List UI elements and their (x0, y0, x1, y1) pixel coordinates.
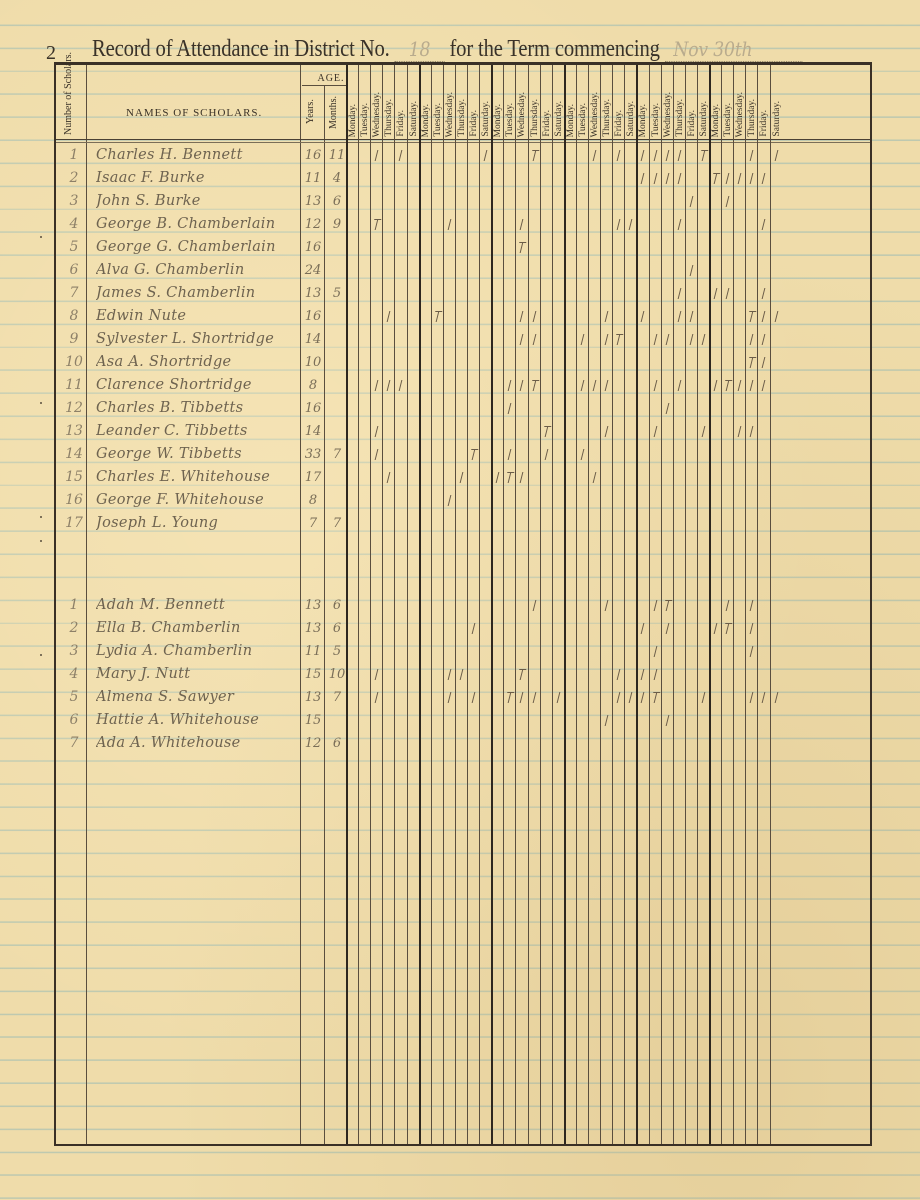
day-label: Tuesday. (723, 103, 733, 137)
age-months: 10 (326, 667, 348, 682)
day-label: Saturday. (481, 101, 491, 137)
day-label: Friday. (687, 110, 697, 137)
day-label: Thursday. (530, 99, 540, 137)
age-years: 24 (302, 263, 324, 278)
age-years: 15 (302, 667, 324, 682)
day-label: Thursday. (457, 99, 467, 137)
scholar-number: 11 (62, 377, 86, 393)
day-label: Friday. (396, 110, 406, 137)
age-years: 14 (302, 332, 324, 347)
scholar-number: 8 (62, 308, 86, 324)
scholar-name: Adah M. Bennett (96, 597, 304, 613)
scholar-number: 5 (62, 239, 86, 255)
age-months: 6 (326, 194, 348, 209)
age-months: 6 (326, 598, 348, 613)
age-years: 8 (302, 378, 324, 393)
scholar-number: 14 (62, 446, 86, 462)
scholar-number: 13 (62, 423, 86, 439)
number-of-scholars-label: Number of Scholars. (63, 52, 74, 135)
scholar-number: 16 (62, 492, 86, 508)
scholar-name: Alva G. Chamberlin (96, 262, 304, 278)
scholar-name: Clarence Shortridge (96, 377, 304, 393)
day-label: Friday. (542, 110, 552, 137)
day-label: Saturday. (699, 101, 709, 137)
day-header-week6-saturday: Saturday. (771, 75, 783, 137)
months-label: Months. (328, 95, 339, 128)
age-months: 7 (326, 690, 348, 705)
age-years: 33 (302, 447, 324, 462)
age-years: 16 (302, 240, 324, 255)
scholar-name: Hattie A. Whitehouse (96, 712, 304, 728)
day-label: Wednesday. (663, 92, 673, 137)
attendance-table: Number of Scholars. NAMES OF SCHOLARS. A… (54, 62, 872, 1146)
day-label: Friday. (614, 110, 624, 137)
header-bottom-rule-2 (56, 142, 870, 143)
age-years: 13 (302, 690, 324, 705)
title-middle: for the Term commencing (449, 36, 659, 62)
day-label: Thursday. (675, 99, 685, 137)
table-row: 7James S. Chamberlin135 (56, 283, 870, 305)
scholar-name: Charles B. Tibbetts (96, 400, 304, 416)
day-label: Saturday. (626, 101, 636, 137)
age-months: 6 (326, 736, 348, 751)
day-label: Friday. (759, 110, 769, 137)
day-label: Monday. (348, 104, 358, 137)
table-row: 11Clarence Shortridge8 (56, 375, 870, 397)
margin-dot (40, 540, 42, 542)
scholar-name: Almena S. Sawyer (96, 689, 304, 705)
years-label: Years. (305, 100, 316, 125)
age-years: 12 (302, 736, 324, 751)
day-label: Tuesday. (360, 103, 370, 137)
scholar-name: John S. Burke (96, 193, 304, 209)
age-months: 7 (326, 516, 348, 531)
scholar-number: 1 (62, 147, 86, 163)
day-label: Monday. (421, 104, 431, 137)
day-label: Monday. (638, 104, 648, 137)
day-label: Saturday. (772, 101, 782, 137)
scholar-number: 12 (62, 400, 86, 416)
day-label: Saturday. (554, 101, 564, 137)
scholar-number: 4 (62, 666, 86, 682)
age-years: 12 (302, 217, 324, 232)
margin-dot (40, 654, 42, 656)
table-row: 6Hattie A. Whitehouse15 (56, 710, 870, 732)
title-prefix: Record of Attendance in District No. (92, 36, 390, 62)
age-years: 13 (302, 194, 324, 209)
scholar-number: 1 (62, 597, 86, 613)
table-row: 10Asa A. Shortridge10 (56, 352, 870, 374)
age-years: 13 (302, 621, 324, 636)
age-months: 11 (326, 148, 348, 163)
scholar-number: 3 (62, 643, 86, 659)
day-label: Thursday. (747, 99, 757, 137)
table-row: 4George B. Chamberlain129 (56, 214, 870, 236)
table-row: 16George F. Whitehouse8 (56, 490, 870, 512)
scholar-name: Asa A. Shortridge (96, 354, 304, 370)
scholar-name: Charles E. Whitehouse (96, 469, 304, 485)
day-label: Monday. (711, 104, 721, 137)
age-years: 11 (302, 171, 324, 186)
table-row: 7Ada A. Whitehouse126 (56, 733, 870, 755)
age-years: 13 (302, 286, 324, 301)
months-header: Months. (329, 89, 343, 135)
names-of-scholars-header: NAMES OF SCHOLARS. (126, 107, 262, 119)
day-label: Tuesday. (505, 103, 515, 137)
table-row: 4Mary J. Nutt1510 (56, 664, 870, 686)
table-row: 8Edwin Nute16 (56, 306, 870, 328)
table-row: 1Adah M. Bennett136 (56, 595, 870, 617)
table-row: 5George G. Chamberlain16 (56, 237, 870, 259)
scholar-number: 6 (62, 712, 86, 728)
scholar-name: George B. Chamberlain (96, 216, 304, 232)
margin-dot (40, 402, 42, 404)
table-row: 9Sylvester L. Shortridge14 (56, 329, 870, 351)
age-underline (302, 85, 346, 86)
day-label: Saturday. (409, 101, 419, 137)
table-row: 1Charles H. Bennett1611 (56, 145, 870, 167)
scholar-name: Lydia A. Chamberlin (96, 643, 304, 659)
day-label: Monday. (493, 104, 503, 137)
day-label: Wednesday. (735, 92, 745, 137)
scholar-name: James S. Chamberlin (96, 285, 304, 301)
table-row: 15Charles E. Whitehouse17 (56, 467, 870, 489)
number-of-scholars-header: Number of Scholars. (64, 77, 84, 135)
age-years: 11 (302, 644, 324, 659)
scholar-number: 9 (62, 331, 86, 347)
age-months: 7 (326, 447, 348, 462)
scholar-name: Ella B. Chamberlin (96, 620, 304, 636)
age-years: 14 (302, 424, 324, 439)
scholar-name: Isaac F. Burke (96, 170, 304, 186)
day-label: Wednesday. (590, 92, 600, 137)
scholar-number: 17 (62, 515, 86, 531)
day-label: Thursday. (602, 99, 612, 137)
age-months: 5 (326, 644, 348, 659)
scholar-name: Edwin Nute (96, 308, 304, 324)
age-months: 9 (326, 217, 348, 232)
age-years: 15 (302, 713, 324, 728)
table-row: 17Joseph L. Young77 (56, 513, 870, 535)
day-label: Tuesday. (578, 103, 588, 137)
scholar-number: 10 (62, 354, 86, 370)
age-years: 16 (302, 309, 324, 324)
scholar-number: 15 (62, 469, 86, 485)
scholar-number: 2 (62, 170, 86, 186)
day-label: Wednesday. (372, 92, 382, 137)
scholar-number: 2 (62, 620, 86, 636)
scholar-name: Ada A. Whitehouse (96, 735, 304, 751)
age-years: 8 (302, 493, 324, 508)
age-years: 10 (302, 355, 324, 370)
years-header: Years. (306, 89, 320, 135)
district-number-field: 18 (395, 37, 445, 62)
header-bottom-rule (56, 139, 870, 140)
scholar-number: 4 (62, 216, 86, 232)
margin-dot (40, 236, 42, 238)
table-row: 2Ella B. Chamberlin136 (56, 618, 870, 640)
scholar-name: Charles H. Bennett (96, 147, 304, 163)
age-months: 5 (326, 286, 348, 301)
table-row: 5Almena S. Sawyer137 (56, 687, 870, 709)
table-row: 2Isaac F. Burke114 (56, 168, 870, 190)
age-months: 6 (326, 621, 348, 636)
scholar-name: George F. Whitehouse (96, 492, 304, 508)
table-row: 3Lydia A. Chamberlin115 (56, 641, 870, 663)
scholar-name: George W. Tibbetts (96, 446, 304, 462)
day-label: Tuesday. (433, 103, 443, 137)
scholar-number: 5 (62, 689, 86, 705)
table-row: 12Charles B. Tibbetts16 (56, 398, 870, 420)
scholar-name: George G. Chamberlain (96, 239, 304, 255)
table-row: 6Alva G. Chamberlin24 (56, 260, 870, 282)
margin-dot (40, 516, 42, 518)
day-label: Thursday. (384, 99, 394, 137)
age-months: 4 (326, 171, 348, 186)
scholar-number: 6 (62, 262, 86, 278)
scholar-name: Mary J. Nutt (96, 666, 304, 682)
day-label: Wednesday. (445, 92, 455, 137)
term-commencing-field: Nov 30th (665, 37, 803, 62)
scholar-name: Joseph L. Young (96, 515, 304, 531)
scholar-name: Leander C. Tibbetts (96, 423, 304, 439)
scholar-number: 3 (62, 193, 86, 209)
age-years: 16 (302, 401, 324, 416)
age-years: 16 (302, 148, 324, 163)
age-years: 13 (302, 598, 324, 613)
scholar-number: 7 (62, 285, 86, 301)
day-label: Friday. (469, 110, 479, 137)
table-row: 14George W. Tibbetts337 (56, 444, 870, 466)
page-title: Record of Attendance in District No. 18 … (92, 36, 802, 63)
table-row: 3John S. Burke136 (56, 191, 870, 213)
scholar-name: Sylvester L. Shortridge (96, 331, 304, 347)
table-row: 13Leander C. Tibbetts14 (56, 421, 870, 443)
day-label: Tuesday. (651, 103, 661, 137)
day-label: Monday. (566, 104, 576, 137)
age-years: 17 (302, 470, 324, 485)
age-years: 7 (302, 516, 324, 531)
day-label: Wednesday. (517, 92, 527, 137)
scholar-number: 7 (62, 735, 86, 751)
